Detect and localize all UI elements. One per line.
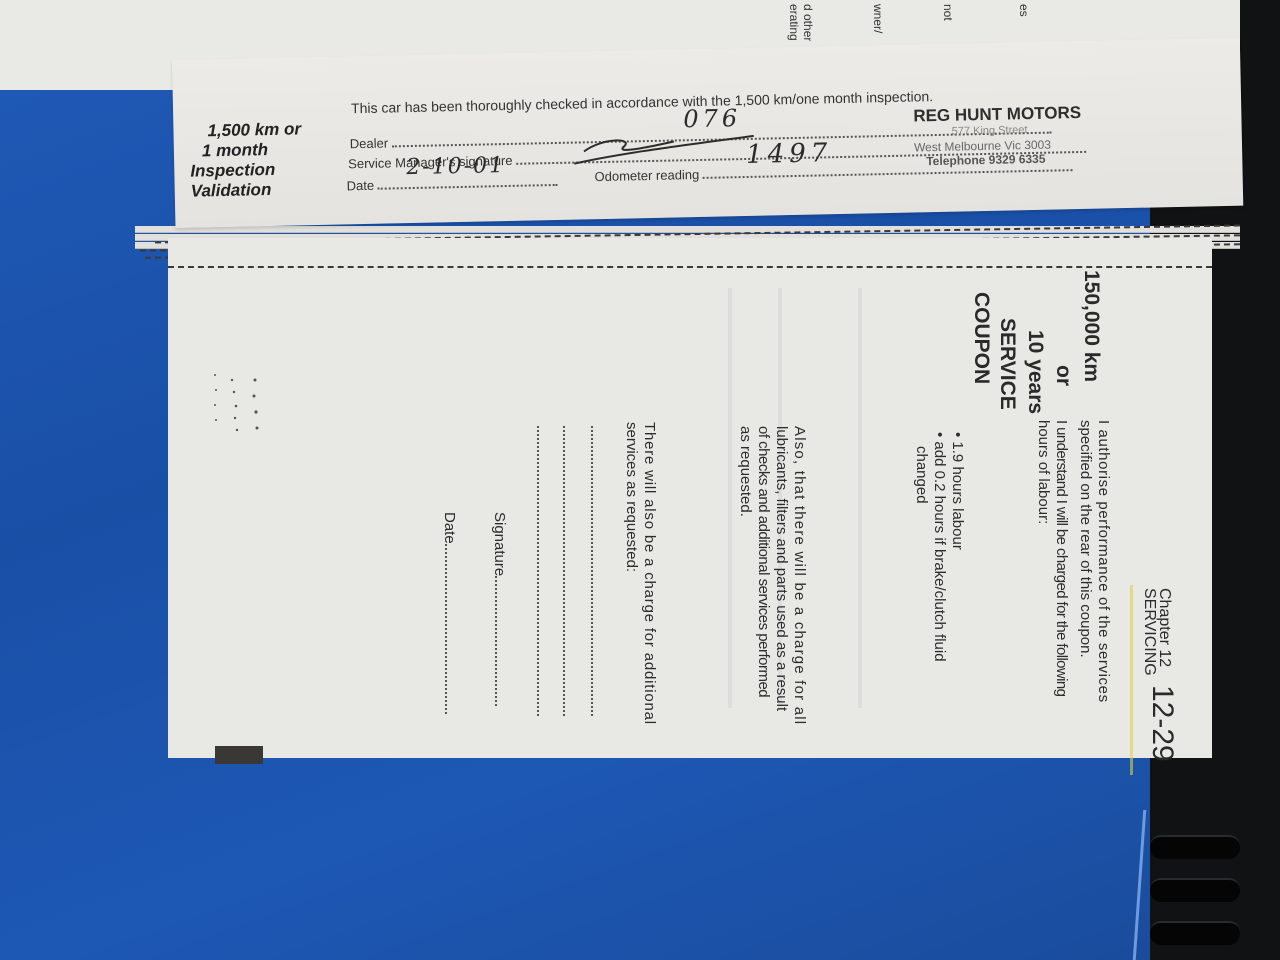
additional-service-line[interactable] bbox=[586, 426, 604, 716]
coupon-heading-5: COUPON bbox=[970, 292, 992, 384]
additional-service-line[interactable] bbox=[558, 426, 576, 716]
charges-line-2: lubricants, filters and parts used as a … bbox=[774, 426, 788, 711]
coupon-heading-1: 150,000 km bbox=[1080, 270, 1102, 382]
coupon-heading-4: SERVICE bbox=[996, 318, 1018, 410]
vent-slot bbox=[1150, 835, 1240, 859]
dealer-stamp-phone: Telephone 9329 6335 bbox=[926, 152, 1045, 168]
coupon-heading-2: or bbox=[1052, 365, 1074, 386]
date-value: 2-10-01 bbox=[406, 153, 505, 180]
back-page-text: es bbox=[1017, 4, 1030, 17]
odometer-value: 1497 bbox=[746, 138, 833, 170]
coupon-statement: This car has been thoroughly checked in … bbox=[351, 88, 933, 116]
highlighter-mark bbox=[1130, 585, 1133, 775]
labour-line-2: hours of labour: bbox=[1036, 420, 1050, 524]
additional-service-line[interactable] bbox=[532, 426, 550, 716]
dealer-stamp-name: REG HUNT MOTORS bbox=[913, 103, 1081, 127]
charges-line-1: Also, that there will be a charge for al… bbox=[792, 426, 806, 725]
date-field[interactable]: Date bbox=[442, 512, 456, 714]
inspection-validation-coupon: 1,500 km or 1 month Inspection Validatio… bbox=[172, 38, 1243, 228]
signature-scribble bbox=[564, 126, 765, 170]
coupon-heading-3: 10 years bbox=[1024, 330, 1046, 414]
coupon-title: 1,500 km or 1 month Inspection Validatio… bbox=[189, 119, 331, 202]
additional-line-2: services as requested: bbox=[624, 422, 638, 572]
back-page-text: not bbox=[941, 4, 954, 21]
print-specks bbox=[210, 370, 260, 450]
back-page-text: erating bbox=[787, 4, 800, 41]
charges-line-3: of checks and additional services perfor… bbox=[756, 426, 770, 697]
bullet-item: • 1.9 hours labour bbox=[950, 432, 964, 550]
bullet-item: • add 0.2 hours if brake/clutch fluid bbox=[932, 432, 946, 662]
back-page-text: wner/ bbox=[871, 4, 884, 33]
back-page-text: d other bbox=[801, 4, 814, 41]
charges-line-4: as requested. bbox=[738, 426, 752, 517]
perforation bbox=[168, 266, 1212, 268]
chapter-label: Chapter 12 bbox=[1157, 588, 1172, 667]
gray-tab-marker bbox=[215, 746, 263, 764]
labour-line-1: I understand I will be charged for the f… bbox=[1054, 420, 1068, 696]
vent-slot bbox=[1150, 921, 1240, 945]
vent-slot bbox=[1150, 878, 1240, 902]
section-label: SERVICING bbox=[1142, 588, 1157, 676]
bullet-item-continued: changed bbox=[914, 446, 928, 504]
page-number: 12-29 bbox=[1147, 685, 1177, 762]
additional-line-1: There will also be a charge for addition… bbox=[642, 422, 656, 725]
signature-field[interactable]: Signature bbox=[492, 512, 506, 706]
dealer-stamp-street: 577 King Street bbox=[952, 124, 1028, 138]
authorise-line-1: I authorise performance of the services bbox=[1096, 420, 1110, 703]
authorise-line-2: specified on the rear of this coupon. bbox=[1078, 420, 1092, 658]
